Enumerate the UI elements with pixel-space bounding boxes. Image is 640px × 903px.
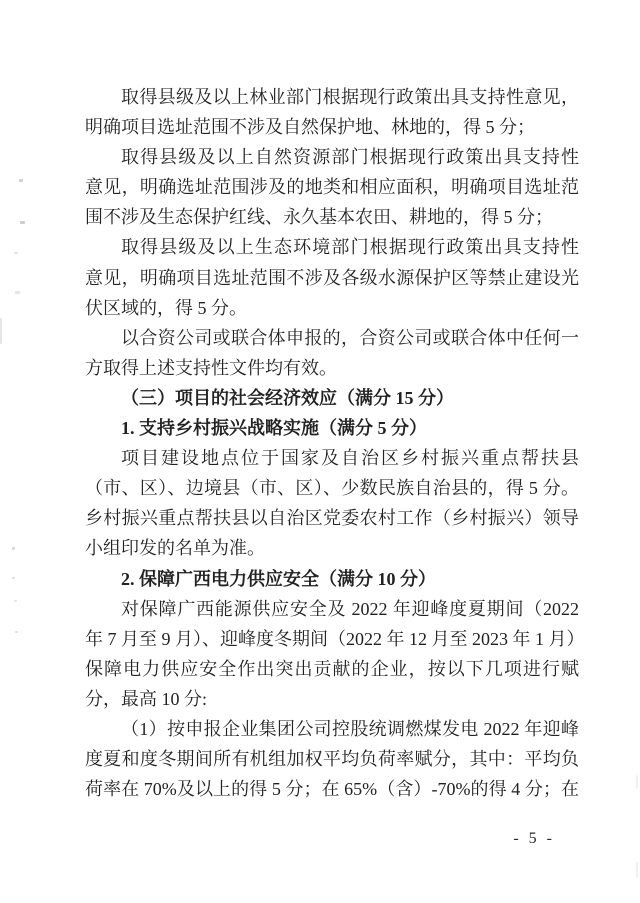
text-line: 荷率在 70%及以上的得 5 分；在 65%（含）-70%的得 4 分；在 — [85, 774, 579, 804]
text-line: 项目建设地点位于国家及自治区乡村振兴重点帮扶县 — [85, 443, 579, 473]
text-line: （市、区）、边境县（市、区）、少数民族自治县的，得 5 分。 — [85, 473, 579, 503]
section-heading: 2. 保障广西电力供应安全（满分 10 分） — [85, 564, 579, 594]
text-line: 小组印发的名单为准。 — [85, 533, 579, 563]
text-line: 对保障广西能源供应安全及 2022 年迎峰度夏期间（2022 — [85, 594, 579, 624]
section-heading: （三）项目的社会经济效应（满分 15 分） — [85, 383, 579, 413]
text-line: 年 7 月至 9 月）、迎峰度冬期间（2022 年 12 月至 2023 年 1… — [85, 624, 579, 654]
scan-speck-artifact — [636, 862, 638, 878]
text-line: 取得县级及以上林业部门根据现行政策出具支持性意见， — [85, 82, 579, 112]
text-line: 意见，明确项目选址范围不涉及各级水源保护区等禁止建设光 — [85, 263, 579, 293]
scan-speck-artifact — [14, 252, 18, 254]
scan-speck-artifact — [12, 547, 15, 550]
page-number: - 5 - — [513, 830, 555, 848]
text-line: 度夏和度冬期间所有机组加权平均负荷率赋分，其中：平均负 — [85, 744, 579, 774]
scan-speck-artifact — [12, 577, 15, 579]
text-line: 以合资公司或联合体申报的，合资公司或联合体中任何一 — [85, 323, 579, 353]
scan-speck-artifact — [15, 291, 20, 294]
section-heading: 1. 支持乡村振兴战略实施（满分 5 分） — [85, 413, 579, 443]
text-line: 保障电力供应安全作出突出贡献的企业，按以下几项进行赋 — [85, 654, 579, 684]
text-line: 方取得上述支持性文件均有效。 — [85, 353, 579, 383]
scan-speck-artifact — [15, 631, 18, 633]
scan-speck-artifact — [14, 600, 17, 602]
text-line: 取得县级及以上生态环境部门根据现行政策出具支持性 — [85, 232, 579, 262]
text-line: 分，最高 10 分: — [85, 684, 579, 714]
scan-speck-artifact — [19, 179, 23, 182]
scan-speck-artifact — [20, 221, 25, 224]
scan-speck-artifact — [636, 775, 638, 789]
text-line: 取得县级及以上自然资源部门根据现行政策出具支持性 — [85, 142, 579, 172]
text-line: 乡村振兴重点帮扶县以自治区党委农村工作（乡村振兴）领导 — [85, 503, 579, 533]
text-line: （1）按申报企业集团公司控股统调燃煤发电 2022 年迎峰 — [85, 714, 579, 744]
scanned-document-page: 取得县级及以上林业部门根据现行政策出具支持性意见， 明确项目选址范围不涉及自然保… — [0, 0, 640, 903]
text-line: 明确项目选址范围不涉及自然保护地、林地的，得 5 分； — [85, 112, 579, 142]
scan-speck-artifact — [0, 318, 2, 344]
text-line: 意见，明确选址范围涉及的地类和相应面积，明确项目选址范 — [85, 172, 579, 202]
text-line: 围不涉及生态保护红线、永久基本农田、耕地的，得 5 分； — [85, 202, 579, 232]
text-line: 伏区域的，得 5 分。 — [85, 293, 579, 323]
document-body: 取得县级及以上林业部门根据现行政策出具支持性意见， 明确项目选址范围不涉及自然保… — [85, 82, 579, 804]
